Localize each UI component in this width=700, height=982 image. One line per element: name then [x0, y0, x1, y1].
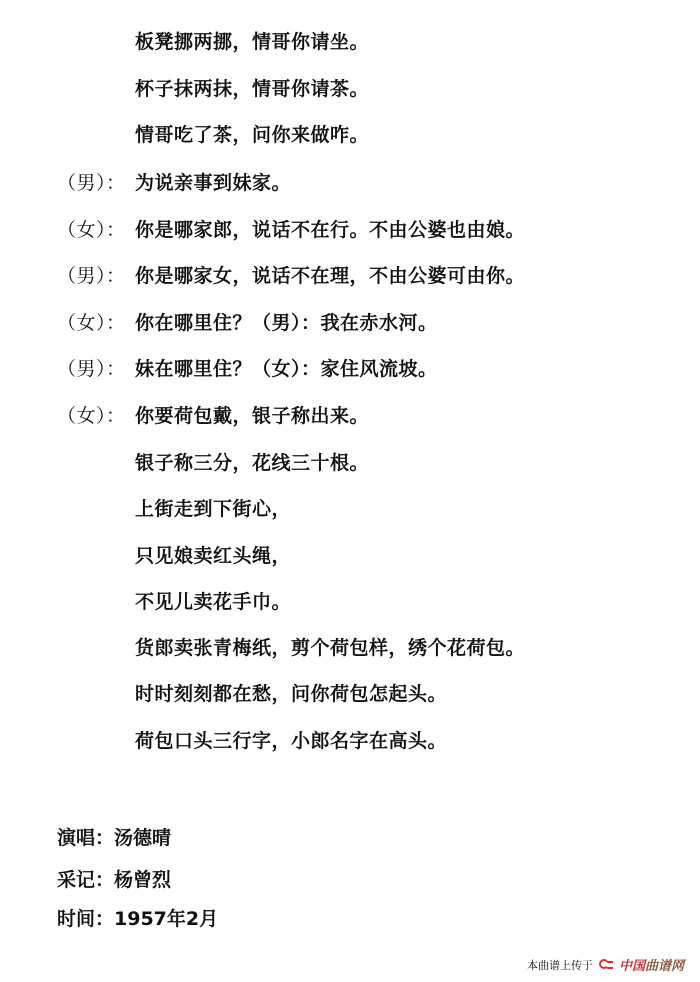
lyric-text: 你是哪家郎，说话不在行。不由公婆也由娘。 — [135, 219, 525, 241]
site-name-red: 中国 — [619, 959, 645, 974]
lyric-text: 货郎卖张青梅纸，剪个荷包样，绣个花荷包。 — [135, 637, 525, 659]
date-label: 时间： — [57, 908, 114, 930]
speaker-label: （女）： — [57, 218, 135, 242]
lyric-text: 不见儿卖花手巾。 — [135, 591, 291, 613]
speaker-label: （男）： — [57, 357, 135, 381]
lyric-text: 只见娘卖红头绳， — [135, 545, 291, 567]
recorder-name: 杨曾烈 — [114, 869, 171, 891]
lyric-text: 荷包口头三行字，小郎名字在高头。 — [135, 730, 447, 752]
lyric-text: 妹在哪里住？（女）：家住风流坡。 — [135, 358, 438, 380]
lyric-text: 杯子抹两抹，情哥你请茶。 — [135, 78, 369, 100]
lyric-line: （男）：你是哪家女，说话不在理，不由公婆可由你。 — [57, 264, 525, 288]
site-logo-icon — [599, 959, 613, 971]
singer-label: 演唱： — [57, 827, 114, 849]
site-name-brown: 曲谱网 — [645, 959, 684, 974]
lyric-line: 荷包口头三行字，小郎名字在高头。 — [57, 729, 447, 753]
lyric-line: 板凳挪两挪，情哥你请坐。 — [57, 30, 369, 54]
lyric-text: 银子称三分，花线三十根。 — [135, 452, 369, 474]
lyric-text: 为说亲事到妹家。 — [135, 172, 291, 194]
site-name[interactable]: 中国曲谱网 — [619, 955, 684, 974]
lyric-line: 只见娘卖红头绳， — [57, 544, 291, 568]
speaker-label: （男）： — [57, 264, 135, 288]
date-credit: 时间：1957年2月 — [57, 907, 218, 931]
lyric-text: 你在哪里住？（男）：我在赤水河。 — [135, 312, 438, 334]
lyric-line: （男）：妹在哪里住？（女）：家住风流坡。 — [57, 357, 438, 381]
upload-text: 本曲谱上传于 — [527, 957, 593, 973]
lyric-line: 不见儿卖花手巾。 — [57, 590, 291, 614]
lyric-text: 情哥吃了茶，问你来做咋。 — [135, 124, 369, 146]
lyric-text: 上街走到下街心， — [135, 498, 291, 520]
lyric-line: （女）：你要荷包戴，银子称出来。 — [57, 404, 369, 428]
speaker-label: （男）： — [57, 171, 135, 195]
upload-footer: 本曲谱上传于 中国曲谱网 — [527, 955, 684, 974]
lyric-line: （女）：你是哪家郎，说话不在行。不由公婆也由娘。 — [57, 218, 525, 242]
date-value: 1957年2月 — [114, 908, 218, 930]
recorder-credit: 采记：杨曾烈 — [57, 868, 171, 892]
lyric-line: 时时刻刻都在愁，问你荷包怎起头。 — [57, 682, 447, 706]
lyric-text: 板凳挪两挪，情哥你请坐。 — [135, 31, 369, 53]
speaker-label: （女）： — [57, 404, 135, 428]
recorder-label: 采记： — [57, 869, 114, 891]
speaker-label: （女）： — [57, 311, 135, 335]
lyric-text: 你是哪家女，说话不在理，不由公婆可由你。 — [135, 265, 525, 287]
lyric-line: 银子称三分，花线三十根。 — [57, 451, 369, 475]
singer-name: 汤德晴 — [114, 827, 171, 849]
lyric-text: 时时刻刻都在愁，问你荷包怎起头。 — [135, 683, 447, 705]
singer-credit: 演唱：汤德晴 — [57, 826, 171, 850]
lyric-line: （男）：为说亲事到妹家。 — [57, 171, 291, 195]
lyric-line: 杯子抹两抹，情哥你请茶。 — [57, 77, 369, 101]
lyric-text: 你要荷包戴，银子称出来。 — [135, 405, 369, 427]
lyric-line: 情哥吃了茶，问你来做咋。 — [57, 123, 369, 147]
lyric-line: （女）：你在哪里住？（男）：我在赤水河。 — [57, 311, 438, 335]
lyric-line: 上街走到下街心， — [57, 497, 291, 521]
lyric-line: 货郎卖张青梅纸，剪个荷包样，绣个花荷包。 — [57, 636, 525, 660]
